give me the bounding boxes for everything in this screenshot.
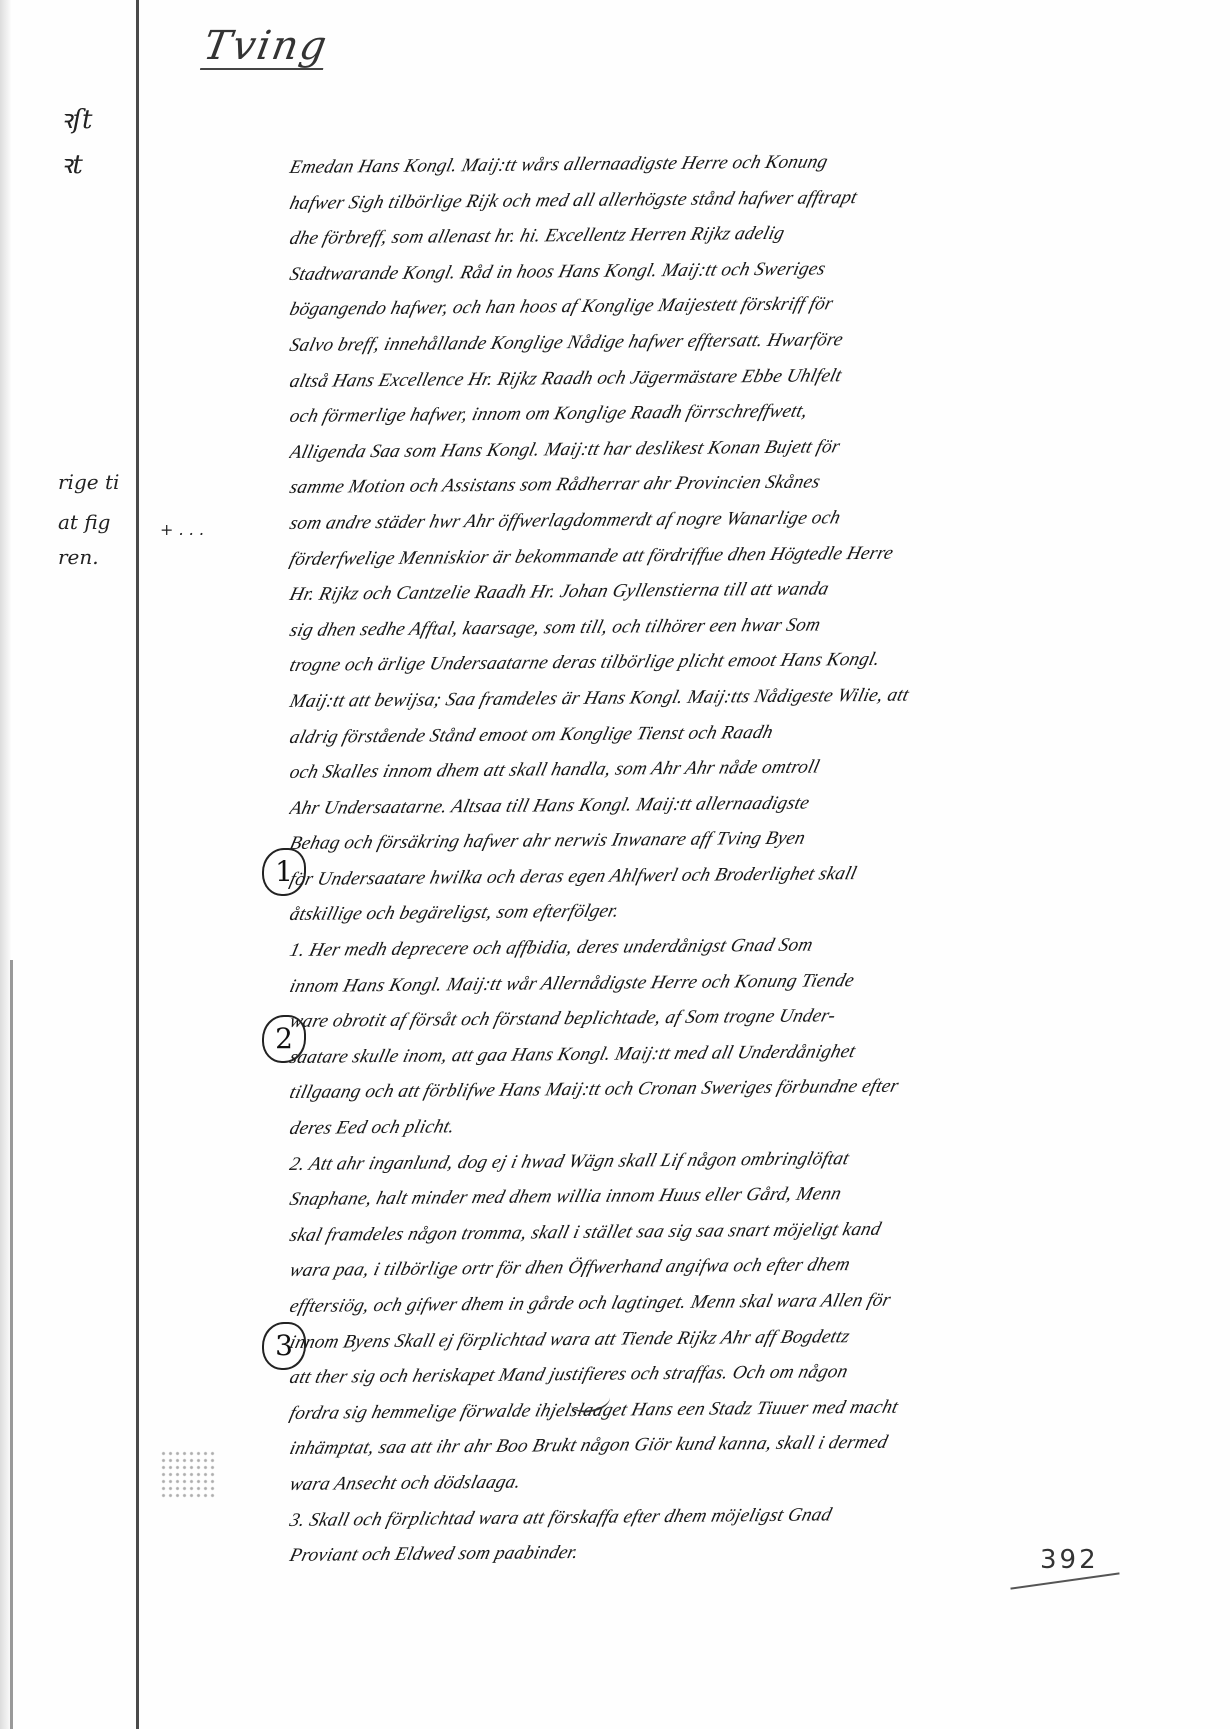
item-number-badge: 1 xyxy=(262,848,306,896)
margin-note: + . . . xyxy=(160,520,204,539)
item-1: 1. Her medh deprecere och affbidia, dere… xyxy=(290,933,1080,1147)
scan-speckle xyxy=(160,1450,215,1500)
page-number: 392 xyxy=(1040,1545,1099,1575)
item-number-badge: 3 xyxy=(262,1322,306,1370)
document-body: Emedan Hans Kongl. Maij:tt wårs allernaa… xyxy=(290,150,1080,1574)
margin-note: rige ti xyxy=(58,470,119,494)
margin-note: ꝛt xyxy=(60,145,83,181)
item-3: 3. Skall och förplichtad wara att förska… xyxy=(290,1503,1080,1574)
margin-note: ren. xyxy=(58,545,99,569)
text-line: Proviant och Eldwed som paabinder. xyxy=(286,1530,1087,1574)
margin-rule-line xyxy=(136,0,139,1729)
document-title: Tving xyxy=(200,24,332,70)
item-2: 2. Att ahr inganlund, dog ej i hwad Wägn… xyxy=(290,1147,1080,1503)
preamble: Emedan Hans Kongl. Maij:tt wårs allernaa… xyxy=(290,150,1080,933)
margin-note: ꝛſt xyxy=(60,100,92,136)
scan-border-line xyxy=(10,960,13,1729)
scanned-document-page: Tving ꝛſt ꝛt rige ti at fig ren. + . . .… xyxy=(0,0,1230,1729)
item-number-badge: 2 xyxy=(262,1015,306,1063)
margin-note: at fig xyxy=(58,510,110,534)
